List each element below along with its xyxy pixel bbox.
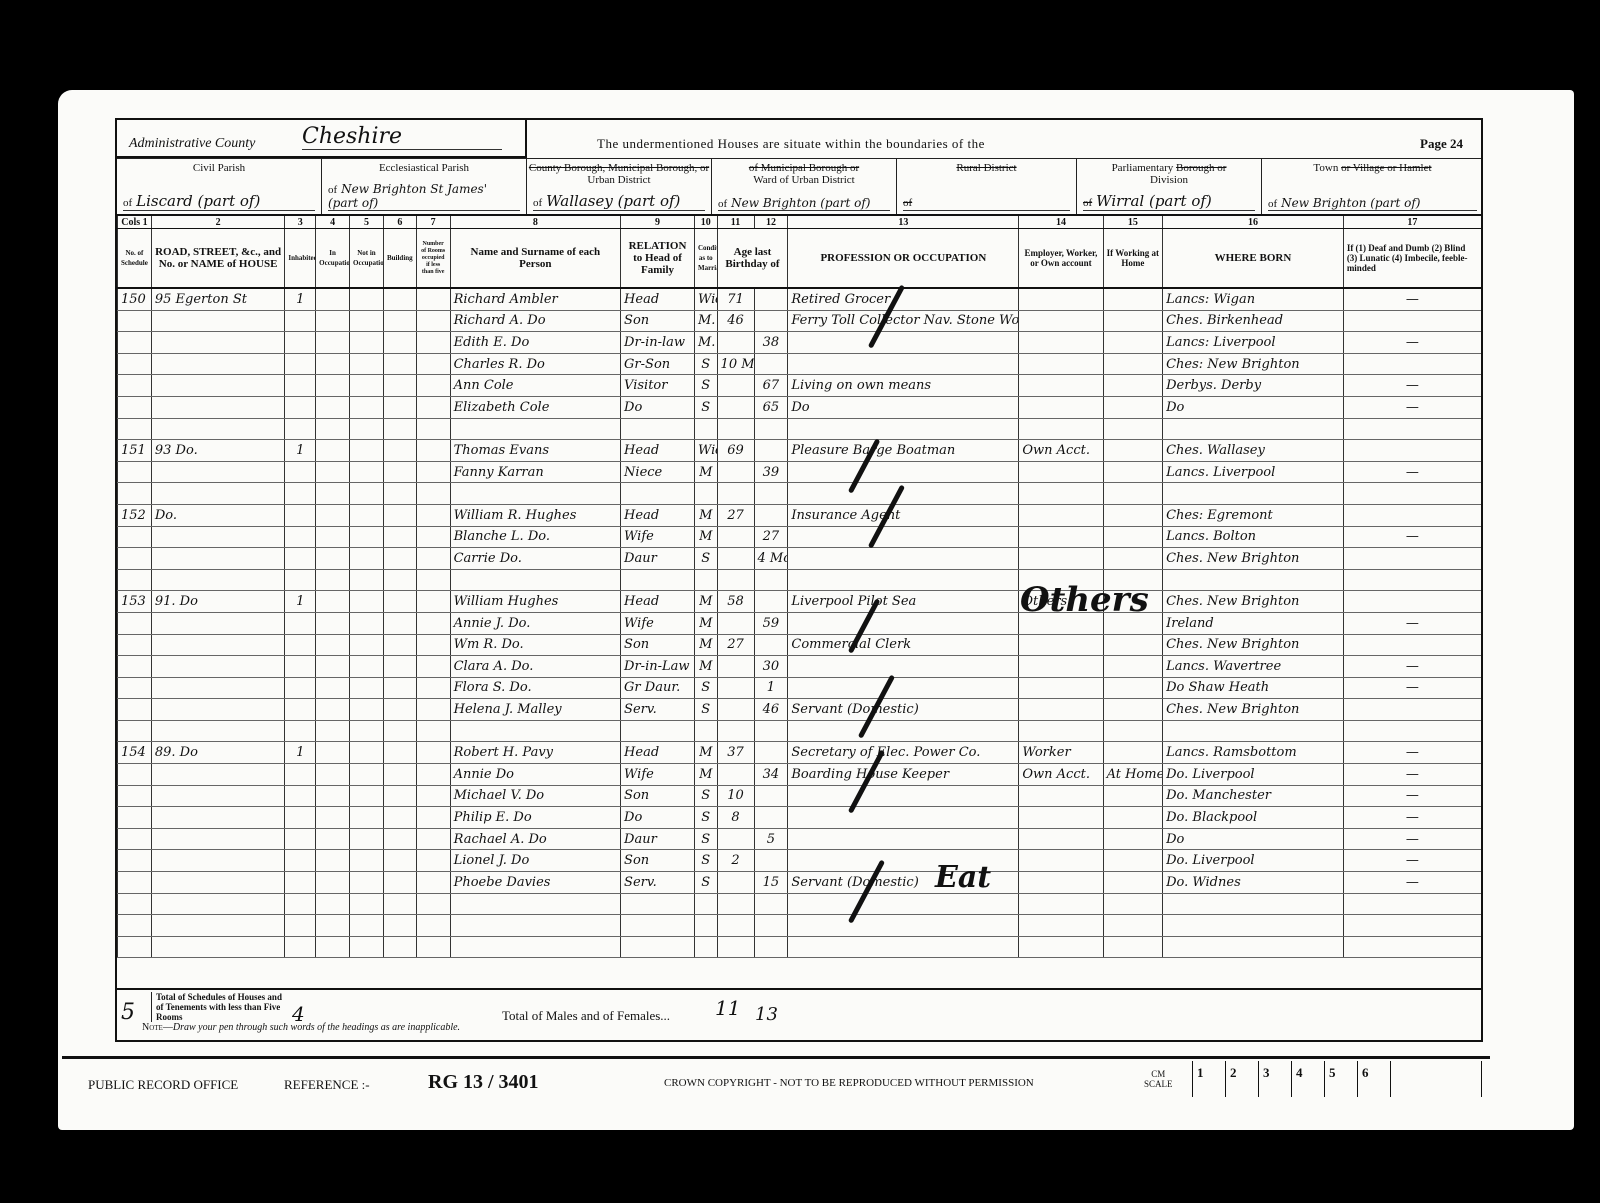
cell-male-age: 2 bbox=[717, 850, 754, 872]
cell-born: Lancs. Liverpool bbox=[1163, 461, 1344, 483]
office-label: PUBLIC RECORD OFFICE bbox=[88, 1077, 238, 1093]
cell-name: Richard A. Do bbox=[450, 310, 620, 332]
cell-female-age bbox=[754, 807, 788, 829]
cell-inhabited bbox=[285, 720, 316, 742]
cell-empty bbox=[316, 310, 350, 332]
cell-female-age bbox=[754, 742, 788, 764]
cell-male-age: 71 bbox=[717, 288, 754, 310]
of-label: of bbox=[533, 197, 542, 209]
cell-relation: Do bbox=[621, 396, 695, 418]
cell-at-home bbox=[1103, 807, 1163, 829]
cell-road bbox=[151, 656, 284, 678]
scale-tick: 2 bbox=[1225, 1061, 1258, 1097]
cell-empty bbox=[416, 699, 450, 721]
cell-empty bbox=[383, 548, 416, 570]
total-label: Total of Males and of Females... bbox=[502, 1008, 670, 1024]
cell-born: Ches. New Brighton bbox=[1163, 591, 1344, 613]
cell-infirm: — bbox=[1343, 764, 1481, 786]
eccl-parish-label: Ecclesiastical Parish bbox=[322, 162, 526, 174]
cell-female-age bbox=[754, 785, 788, 807]
parliamentary-division: Parliamentary Borough orDivision ofWirra… bbox=[1077, 158, 1262, 215]
cell-female-age bbox=[754, 353, 788, 375]
cell-at-home bbox=[1103, 418, 1163, 440]
cell-relation: Head bbox=[621, 742, 695, 764]
cell-road bbox=[151, 699, 284, 721]
cell-male-age bbox=[717, 483, 754, 505]
cell-empty bbox=[350, 634, 384, 656]
table-row: Rachael A. DoDaurS5Do— bbox=[118, 828, 1482, 850]
parl-field: ofWirral (part of) bbox=[1083, 192, 1255, 211]
cell-empty bbox=[350, 893, 384, 915]
cell-empty bbox=[316, 807, 350, 829]
cell-infirm bbox=[1343, 548, 1481, 570]
cell-condition bbox=[694, 418, 717, 440]
admin-county-label: Administrative County bbox=[129, 136, 255, 152]
cell-female-age: 65 bbox=[754, 396, 788, 418]
cell-occupation: Pleasure Barge Boatman bbox=[788, 440, 1019, 462]
cell-road bbox=[151, 396, 284, 418]
town: Town or Village or Hamlet ofNew Brighton… bbox=[1262, 158, 1483, 215]
cell-name: William Hughes bbox=[450, 591, 620, 613]
cell-infirm: — bbox=[1343, 612, 1481, 634]
cell-inhabited: 1 bbox=[285, 591, 316, 613]
cell-occupation: Boarding House Keeper bbox=[788, 764, 1019, 786]
cell-road bbox=[151, 612, 284, 634]
table-row: Wm R. Do.SonM27Commercial ClerkChes. New… bbox=[118, 634, 1482, 656]
cell-at-home bbox=[1103, 699, 1163, 721]
cell-empty bbox=[383, 612, 416, 634]
town-field: ofNew Brighton (part of) bbox=[1268, 196, 1477, 211]
cell-at-home bbox=[1103, 872, 1163, 894]
cell-infirm bbox=[1343, 310, 1481, 332]
cell-inhabited bbox=[285, 828, 316, 850]
cell-road bbox=[151, 483, 284, 505]
ward-label-text: Ward of Urban District bbox=[753, 174, 854, 186]
cell-female-age bbox=[754, 720, 788, 742]
cell-empty bbox=[316, 591, 350, 613]
cell-empty bbox=[383, 634, 416, 656]
cell-occupation bbox=[788, 828, 1019, 850]
cell-female-age bbox=[754, 850, 788, 872]
cell-employer bbox=[1019, 332, 1103, 354]
cell-empty bbox=[316, 915, 350, 937]
eccl-parish-value: New Brighton St James' (part of) bbox=[328, 182, 487, 210]
cell-schedule bbox=[118, 461, 152, 483]
cell-empty bbox=[416, 375, 450, 397]
cell-empty bbox=[416, 353, 450, 375]
ward: of Municipal Borough orWard of Urban Dis… bbox=[712, 158, 897, 215]
cell-at-home bbox=[1103, 828, 1163, 850]
cell-inhabited bbox=[285, 936, 316, 958]
cell-empty bbox=[350, 569, 384, 591]
page-number: Page 24 bbox=[1420, 136, 1463, 152]
cell-at-home bbox=[1103, 504, 1163, 526]
cell-employer bbox=[1019, 634, 1103, 656]
of-label: of bbox=[903, 197, 912, 209]
cell-at-home bbox=[1103, 785, 1163, 807]
cell-road bbox=[151, 807, 284, 829]
cell-name: Phoebe Davies bbox=[450, 872, 620, 894]
cell-born bbox=[1163, 569, 1344, 591]
cell-infirm: — bbox=[1343, 461, 1481, 483]
cell-relation bbox=[621, 418, 695, 440]
header-road: ROAD, STREET, &c., and No. or NAME of HO… bbox=[151, 229, 284, 289]
cell-at-home bbox=[1103, 720, 1163, 742]
of-label: of bbox=[718, 198, 727, 210]
cell-occupation bbox=[788, 353, 1019, 375]
cell-empty bbox=[416, 310, 450, 332]
cell-inhabited: 1 bbox=[285, 742, 316, 764]
cell-road bbox=[151, 418, 284, 440]
cell-empty bbox=[316, 418, 350, 440]
cell-name: Helena J. Malley bbox=[450, 699, 620, 721]
cell-condition: S bbox=[694, 807, 717, 829]
table-row bbox=[118, 720, 1482, 742]
cell-schedule bbox=[118, 612, 152, 634]
cell-inhabited bbox=[285, 375, 316, 397]
cell-empty bbox=[350, 591, 384, 613]
total-females: 13 bbox=[755, 1004, 778, 1025]
cell-road bbox=[151, 353, 284, 375]
cell-name: Charles R. Do bbox=[450, 353, 620, 375]
rural-district-label: Rural District bbox=[897, 162, 1076, 174]
cell-infirm: — bbox=[1343, 785, 1481, 807]
cell-empty bbox=[316, 828, 350, 850]
table-row: Helena J. MalleyServ.S46Servant (Domesti… bbox=[118, 699, 1482, 721]
cell-female-age bbox=[754, 893, 788, 915]
cell-born: Do bbox=[1163, 396, 1344, 418]
cell-employer: Own Acct. bbox=[1019, 764, 1103, 786]
cell-empty bbox=[383, 504, 416, 526]
cell-female-age: 46 bbox=[754, 699, 788, 721]
cell-empty bbox=[383, 440, 416, 462]
cell-schedule bbox=[118, 375, 152, 397]
cell-relation: Niece bbox=[621, 461, 695, 483]
cell-relation: Head bbox=[621, 504, 695, 526]
cell-occupation: Liverpool Pilot Sea bbox=[788, 591, 1019, 613]
cell-empty bbox=[316, 569, 350, 591]
header-occupation: PROFESSION OR OCCUPATION bbox=[788, 229, 1019, 289]
cell-empty bbox=[350, 526, 384, 548]
cell-empty bbox=[350, 828, 384, 850]
cell-schedule bbox=[118, 699, 152, 721]
cell-name: Annie J. Do. bbox=[450, 612, 620, 634]
cell-at-home bbox=[1103, 850, 1163, 872]
cell-empty bbox=[350, 872, 384, 894]
cell-employer bbox=[1019, 375, 1103, 397]
parl-label: Parliamentary Borough orDivision bbox=[1077, 162, 1261, 186]
table-row: Elizabeth ColeDoS65DoDo— bbox=[118, 396, 1482, 418]
cell-name: Richard Ambler bbox=[450, 288, 620, 310]
scale-tick bbox=[1390, 1061, 1482, 1097]
cell-road bbox=[151, 634, 284, 656]
cell-schedule bbox=[118, 353, 152, 375]
cell-schedule bbox=[118, 764, 152, 786]
cell-schedule bbox=[118, 396, 152, 418]
ecclesiastical-parish: Ecclesiastical Parish ofNew Brighton St … bbox=[322, 158, 527, 215]
cell-empty bbox=[416, 461, 450, 483]
cell-born: Do bbox=[1163, 828, 1344, 850]
cell-female-age: 30 bbox=[754, 656, 788, 678]
reference-value: RG 13 / 3401 bbox=[428, 1071, 539, 1094]
cell-empty bbox=[383, 375, 416, 397]
cell-road bbox=[151, 893, 284, 915]
cell-born: Do. Liverpool bbox=[1163, 850, 1344, 872]
cell-employer bbox=[1019, 288, 1103, 310]
cell-schedule bbox=[118, 548, 152, 570]
cell-relation: Wife bbox=[621, 612, 695, 634]
cell-inhabited bbox=[285, 850, 316, 872]
header-relation: RELATION to Head of Family bbox=[621, 229, 695, 289]
scale-tick: 6 bbox=[1357, 1061, 1390, 1097]
scale-label-scale: SCALE bbox=[1144, 1079, 1173, 1089]
cell-empty bbox=[416, 764, 450, 786]
table-row bbox=[118, 936, 1482, 958]
cell-empty bbox=[383, 310, 416, 332]
cell-occupation bbox=[788, 332, 1019, 354]
ward-label: of Municipal Borough orWard of Urban Dis… bbox=[712, 162, 896, 186]
cell-empty bbox=[383, 936, 416, 958]
cell-road: 89. Do bbox=[151, 742, 284, 764]
header-top: Administrative County Cheshire The under… bbox=[117, 120, 1481, 159]
table-row bbox=[118, 915, 1482, 937]
cell-employer bbox=[1019, 396, 1103, 418]
cell-empty bbox=[383, 353, 416, 375]
cell-name bbox=[450, 483, 620, 505]
town-value: New Brighton (part of) bbox=[1281, 196, 1420, 210]
cell-employer bbox=[1019, 526, 1103, 548]
cell-empty bbox=[416, 396, 450, 418]
cell-empty bbox=[316, 656, 350, 678]
col-num: 13 bbox=[788, 216, 1019, 229]
table-row: 15095 Egerton St1Richard AmblerHeadWidr7… bbox=[118, 288, 1482, 310]
cell-empty bbox=[316, 699, 350, 721]
table-row: Annie J. Do.WifeM59Ireland— bbox=[118, 612, 1482, 634]
cell-condition bbox=[694, 936, 717, 958]
cell-employer bbox=[1019, 353, 1103, 375]
cell-empty bbox=[350, 375, 384, 397]
cell-relation: Serv. bbox=[621, 872, 695, 894]
cell-empty bbox=[416, 591, 450, 613]
cell-at-home bbox=[1103, 742, 1163, 764]
cell-empty bbox=[383, 591, 416, 613]
cell-inhabited bbox=[285, 548, 316, 570]
cell-empty bbox=[383, 483, 416, 505]
cell-empty bbox=[316, 440, 350, 462]
cell-inhabited bbox=[285, 353, 316, 375]
census-table: Cols 1 2 3 4 5 6 7 8 9 10 11 12 13 14 15… bbox=[117, 216, 1481, 958]
cell-schedule bbox=[118, 828, 152, 850]
cell-occupation bbox=[788, 418, 1019, 440]
cell-at-home bbox=[1103, 310, 1163, 332]
cell-road bbox=[151, 548, 284, 570]
cell-inhabited bbox=[285, 332, 316, 354]
cell-occupation: Living on own means bbox=[788, 375, 1019, 397]
column-number-row: Cols 1 2 3 4 5 6 7 8 9 10 11 12 13 14 15… bbox=[118, 216, 1482, 229]
cell-empty bbox=[350, 288, 384, 310]
cell-inhabited bbox=[285, 461, 316, 483]
cell-condition: M bbox=[694, 656, 717, 678]
archive-footer: PUBLIC RECORD OFFICE REFERENCE :- RG 13 … bbox=[62, 1056, 1490, 1108]
cell-empty bbox=[350, 936, 384, 958]
cell-condition: Widr bbox=[694, 440, 717, 462]
cell-empty bbox=[416, 850, 450, 872]
cell-empty bbox=[350, 332, 384, 354]
cell-at-home bbox=[1103, 634, 1163, 656]
cell-born: Ches: Egremont bbox=[1163, 504, 1344, 526]
cell-employer bbox=[1019, 850, 1103, 872]
cell-name: Edith E. Do bbox=[450, 332, 620, 354]
cell-male-age: 46 bbox=[717, 310, 754, 332]
cell-empty bbox=[316, 872, 350, 894]
cell-empty bbox=[416, 720, 450, 742]
cell-infirm: — bbox=[1343, 288, 1481, 310]
cell-employer bbox=[1019, 504, 1103, 526]
rural-district-field: of bbox=[903, 192, 1070, 211]
col-num: 16 bbox=[1163, 216, 1344, 229]
cell-relation: Dr-in-law bbox=[621, 332, 695, 354]
cell-empty bbox=[316, 375, 350, 397]
col-num: 11 bbox=[717, 216, 754, 229]
cell-infirm: — bbox=[1343, 396, 1481, 418]
cell-empty bbox=[316, 288, 350, 310]
cell-schedule bbox=[118, 656, 152, 678]
cell-name bbox=[450, 893, 620, 915]
cell-born: Lancs: Wigan bbox=[1163, 288, 1344, 310]
cell-name: Fanny Karran bbox=[450, 461, 620, 483]
cell-at-home bbox=[1103, 915, 1163, 937]
total-males: 11 bbox=[715, 996, 740, 1020]
cell-male-age: 37 bbox=[717, 742, 754, 764]
cell-male-age bbox=[717, 396, 754, 418]
cell-at-home bbox=[1103, 677, 1163, 699]
total-schedules-label: Total of Schedules of Houses and of Tene… bbox=[151, 992, 286, 1022]
cell-male-age bbox=[717, 720, 754, 742]
cell-empty bbox=[383, 526, 416, 548]
cell-male-age bbox=[717, 893, 754, 915]
cell-born: Ches. New Brighton bbox=[1163, 699, 1344, 721]
cell-schedule bbox=[118, 785, 152, 807]
cell-employer bbox=[1019, 915, 1103, 937]
cell-male-age bbox=[717, 764, 754, 786]
cell-schedule bbox=[118, 332, 152, 354]
cell-empty bbox=[416, 872, 450, 894]
cell-born: Lancs. Wavertree bbox=[1163, 656, 1344, 678]
struck-label: Rural District bbox=[956, 162, 1016, 174]
cell-male-age bbox=[717, 375, 754, 397]
cell-female-age: 4 Mo bbox=[754, 548, 788, 570]
cell-inhabited bbox=[285, 504, 316, 526]
cell-employer bbox=[1019, 720, 1103, 742]
cell-employer bbox=[1019, 785, 1103, 807]
cell-empty bbox=[416, 742, 450, 764]
cell-condition bbox=[694, 483, 717, 505]
cell-infirm: — bbox=[1343, 850, 1481, 872]
scale-tick: 3 bbox=[1258, 1061, 1291, 1097]
cell-inhabited bbox=[285, 785, 316, 807]
cell-at-home bbox=[1103, 893, 1163, 915]
table-row bbox=[118, 893, 1482, 915]
cell-empty bbox=[316, 612, 350, 634]
cell-inhabited bbox=[285, 526, 316, 548]
cell-condition: S bbox=[694, 785, 717, 807]
cell-empty bbox=[416, 526, 450, 548]
cell-employer bbox=[1019, 483, 1103, 505]
cell-female-age: 5 bbox=[754, 828, 788, 850]
cell-schedule bbox=[118, 677, 152, 699]
cell-empty bbox=[350, 764, 384, 786]
cell-at-home bbox=[1103, 288, 1163, 310]
table-row: Charles R. DoGr-SonS10 MoChes: New Brigh… bbox=[118, 353, 1482, 375]
of-label: of bbox=[1083, 197, 1092, 209]
cell-female-age bbox=[754, 440, 788, 462]
cell-empty bbox=[316, 893, 350, 915]
cell-inhabited bbox=[285, 699, 316, 721]
cell-inhabited bbox=[285, 396, 316, 418]
header-building: Building bbox=[383, 229, 416, 289]
cell-inhabited bbox=[285, 310, 316, 332]
table-row: Fanny KarranNieceM39Lancs. Liverpool— bbox=[118, 461, 1482, 483]
cell-name: Wm R. Do. bbox=[450, 634, 620, 656]
cell-employer bbox=[1019, 828, 1103, 850]
cell-occupation: Servant (Domestic) bbox=[788, 699, 1019, 721]
cell-infirm bbox=[1343, 440, 1481, 462]
cell-name: Ann Cole bbox=[450, 375, 620, 397]
ward-field: ofNew Brighton (part of) bbox=[718, 196, 890, 211]
cell-occupation: Commercial Clerk bbox=[788, 634, 1019, 656]
cell-infirm bbox=[1343, 353, 1481, 375]
cell-empty bbox=[383, 569, 416, 591]
cell-female-age: 34 bbox=[754, 764, 788, 786]
cell-empty bbox=[316, 677, 350, 699]
cell-empty bbox=[350, 612, 384, 634]
cell-empty bbox=[383, 288, 416, 310]
cell-road: 93 Do. bbox=[151, 440, 284, 462]
cell-schedule: 150 bbox=[118, 288, 152, 310]
cell-empty bbox=[416, 440, 450, 462]
cell-schedule bbox=[118, 915, 152, 937]
cell-female-age bbox=[754, 936, 788, 958]
cell-infirm: — bbox=[1343, 807, 1481, 829]
cell-employer bbox=[1019, 310, 1103, 332]
cell-occupation bbox=[788, 936, 1019, 958]
cell-employer bbox=[1019, 548, 1103, 570]
cell-male-age bbox=[717, 612, 754, 634]
col-num: 7 bbox=[416, 216, 450, 229]
cell-schedule bbox=[118, 526, 152, 548]
cell-road bbox=[151, 872, 284, 894]
cell-condition bbox=[694, 720, 717, 742]
cell-female-age bbox=[754, 418, 788, 440]
struck-label: Borough or bbox=[1176, 162, 1226, 174]
cell-occupation bbox=[788, 893, 1019, 915]
cell-born: Do Shaw Heath bbox=[1163, 677, 1344, 699]
cell-name: Annie Do bbox=[450, 764, 620, 786]
cell-born bbox=[1163, 720, 1344, 742]
scale-label-cm: CM bbox=[1151, 1069, 1165, 1079]
col-num: 17 bbox=[1343, 216, 1481, 229]
cell-at-home: At Home bbox=[1103, 764, 1163, 786]
cell-empty bbox=[383, 764, 416, 786]
cell-female-age: 39 bbox=[754, 461, 788, 483]
cell-relation: Head bbox=[621, 591, 695, 613]
cell-occupation: Do bbox=[788, 396, 1019, 418]
cell-infirm bbox=[1343, 418, 1481, 440]
cell-at-home bbox=[1103, 332, 1163, 354]
cell-at-home bbox=[1103, 396, 1163, 418]
cell-born: Ches. New Brighton bbox=[1163, 548, 1344, 570]
cell-at-home bbox=[1103, 526, 1163, 548]
